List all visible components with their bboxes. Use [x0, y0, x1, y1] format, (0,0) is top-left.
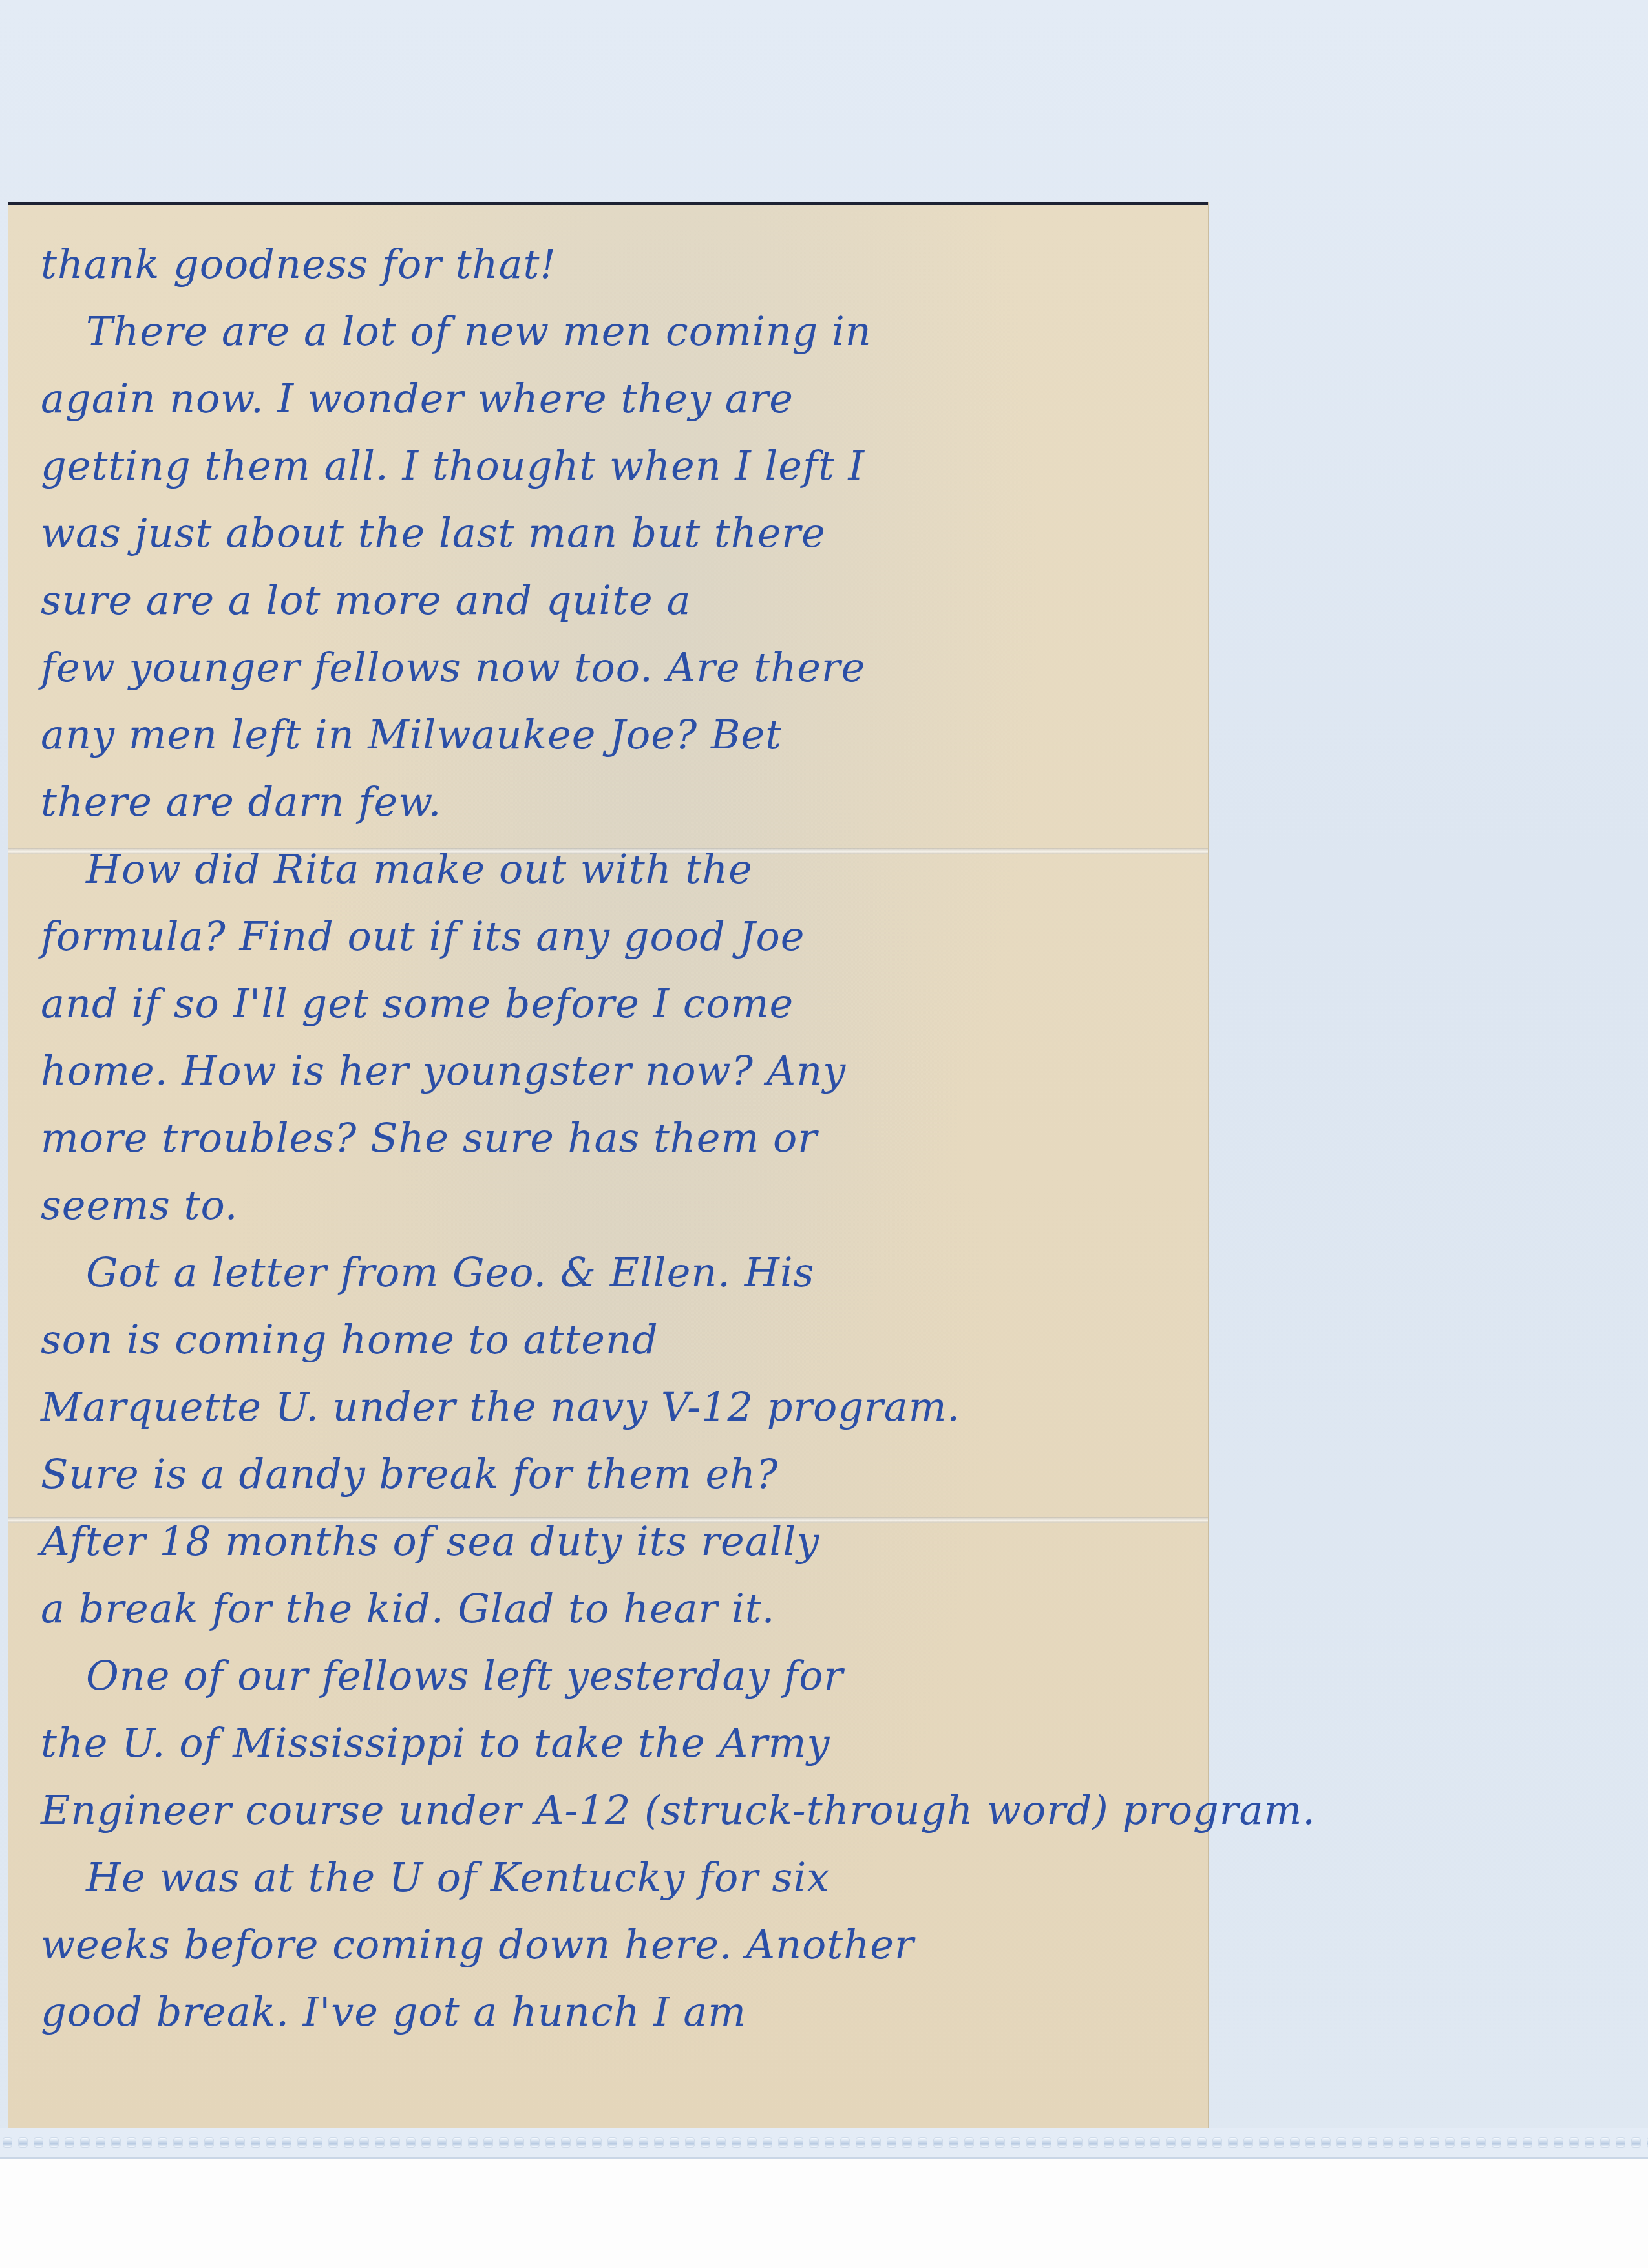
sleeve-perforation	[1181, 2137, 1191, 2148]
sleeve-perforation	[251, 2137, 260, 2148]
sleeve-perforation	[809, 2137, 819, 2148]
sleeve-perforation	[1430, 2137, 1439, 2148]
sleeve-perforation	[576, 2137, 586, 2148]
sleeve-perforation	[1631, 2137, 1641, 2148]
sleeve-perforation	[18, 2137, 28, 2148]
sleeve-perforation	[1119, 2137, 1129, 2148]
sleeve-perforation	[1290, 2137, 1300, 2148]
sleeve-perforation	[1554, 2137, 1563, 2148]
sleeve-perforation	[871, 2137, 881, 2148]
letter-line: thank goodness for that!	[41, 231, 1178, 298]
sleeve-perforation	[3, 2137, 12, 2148]
sleeve-perforation	[421, 2137, 431, 2148]
sleeve-perforation	[545, 2137, 555, 2148]
sleeve-perforation	[623, 2137, 633, 2148]
letter-line: was just about the last man but there	[41, 500, 1178, 567]
sleeve-perforation	[452, 2137, 462, 2148]
sleeve-perforation	[1600, 2137, 1610, 2148]
letter-line: Sure is a dandy break for them eh?	[41, 1441, 1178, 1508]
sleeve-perforation	[297, 2137, 307, 2148]
letter-line: more troubles? She sure has them or	[41, 1105, 1178, 1172]
letter-line: One of our fellows left yesterday for	[41, 1642, 1178, 1710]
letter-line: again now. I wonder where they are	[41, 365, 1178, 432]
sleeve-perforation	[483, 2137, 493, 2148]
sleeve-perforation	[142, 2137, 152, 2148]
letter-line: Got a letter from Geo. & Ellen. His	[41, 1239, 1178, 1306]
sleeve-perforation	[1135, 2137, 1145, 2148]
sleeve-perforation	[468, 2137, 478, 2148]
sleeve-perforation	[1585, 2137, 1594, 2148]
sleeve-perforation	[1104, 2137, 1114, 2148]
sleeve-perforation	[825, 2137, 834, 2148]
sleeve-perforation	[375, 2137, 385, 2148]
letter-line: formula? Find out if its any good Joe	[41, 903, 1178, 970]
sleeve-perforation	[111, 2137, 121, 2148]
letter-line: few younger fellows now too. Are there	[41, 634, 1178, 701]
sleeve-perforation	[1011, 2137, 1020, 2148]
sleeve-perforation	[1352, 2137, 1362, 2148]
sleeve-perforation	[1305, 2137, 1315, 2148]
sleeve-perforation	[530, 2137, 540, 2148]
sleeve-perforation	[406, 2137, 416, 2148]
sleeve-perforation	[204, 2137, 214, 2148]
letter-line: home. How is her youngster now? Any	[41, 1037, 1178, 1105]
letter-line: How did Rita make out with the	[41, 836, 1178, 903]
sleeve-perforation	[1197, 2137, 1207, 2148]
sleeve-perforation	[995, 2137, 1005, 2148]
sleeve-perforation	[499, 2137, 509, 2148]
sleeve-perforation	[1461, 2137, 1470, 2148]
sleeve-perforation	[980, 2137, 989, 2148]
sleeve-perforation	[763, 2137, 772, 2148]
sleeve-perforation	[964, 2137, 974, 2148]
letter-line: a break for the kid. Glad to hear it.	[41, 1575, 1178, 1642]
sleeve-perforation	[1088, 2137, 1098, 2148]
sleeve-perforation	[328, 2137, 338, 2148]
sleeve-perforation	[437, 2137, 447, 2148]
sleeve-perforation	[1336, 2137, 1346, 2148]
sleeve-perforation	[1523, 2137, 1532, 2148]
letter-line: After 18 months of sea duty its really	[41, 1508, 1178, 1575]
sleeve-perforation	[1321, 2137, 1331, 2148]
sleeve-perforation	[856, 2137, 865, 2148]
letter-line: There are a lot of new men coming in	[41, 298, 1178, 365]
sleeve-perforation	[670, 2137, 679, 2148]
sleeve-perforation	[34, 2137, 43, 2148]
letter-line: there are darn few.	[41, 768, 1178, 836]
scanner-bed-white	[0, 2159, 1648, 2268]
sleeve-perforation	[189, 2137, 198, 2148]
sleeve-perforated-edge	[0, 2128, 1648, 2159]
letter-line: the U. of Mississippi to take the Army	[41, 1710, 1178, 1777]
sleeve-perforation	[1042, 2137, 1051, 2148]
sleeve-perforation	[220, 2137, 229, 2148]
sleeve-perforation	[701, 2137, 710, 2148]
sleeve-perforation	[918, 2137, 927, 2148]
sleeve-perforation	[1414, 2137, 1424, 2148]
letter-line: He was at the U of Kentucky for six	[41, 1844, 1178, 1911]
sleeve-perforation	[654, 2137, 664, 2148]
sleeve-perforation	[716, 2137, 726, 2148]
sleeve-perforation	[1569, 2137, 1579, 2148]
sleeve-perforation	[902, 2137, 912, 2148]
letter-line: seems to.	[41, 1172, 1178, 1239]
sleeve-perforation	[1616, 2137, 1625, 2148]
sleeve-perforation	[1399, 2137, 1408, 2148]
sleeve-perforation	[1166, 2137, 1176, 2148]
letter-line: son is coming home to attend	[41, 1306, 1178, 1373]
sleeve-perforation	[1492, 2137, 1501, 2148]
sleeve-perforation	[592, 2137, 602, 2148]
sleeve-perforation	[840, 2137, 850, 2148]
letter-line: getting them all. I thought when I left …	[41, 432, 1178, 500]
sleeve-perforation	[158, 2137, 167, 2148]
sleeve-perforation	[1243, 2137, 1253, 2148]
sleeve-perforation	[794, 2137, 803, 2148]
sleeve-perforation	[80, 2137, 90, 2148]
sleeve-perforation	[933, 2137, 943, 2148]
letter-line: any men left in Milwaukee Joe? Bet	[41, 701, 1178, 768]
sleeve-perforation	[685, 2137, 695, 2148]
sleeve-perforation	[1026, 2137, 1036, 2148]
sleeve-perforation	[887, 2137, 896, 2148]
sleeve-perforation	[1150, 2137, 1160, 2148]
sleeve-perforation	[561, 2137, 571, 2148]
letter-page: thank goodness for that! There are a lot…	[8, 202, 1208, 2128]
sleeve-perforation	[96, 2137, 105, 2148]
sleeve-perforation	[49, 2137, 59, 2148]
sleeve-perforation	[173, 2137, 183, 2148]
sleeve-perforation	[639, 2137, 648, 2148]
letter-line: good break. I've got a hunch I am	[41, 1978, 1178, 2046]
sleeve-perforation	[1073, 2137, 1083, 2148]
sleeve-perforation	[266, 2137, 276, 2148]
sleeve-perforation	[359, 2137, 369, 2148]
sleeve-perforation	[514, 2137, 524, 2148]
letter-line: weeks before coming down here. Another	[41, 1911, 1178, 1978]
letter-line: sure are a lot more and quite a	[41, 567, 1178, 634]
sleeve-perforation	[65, 2137, 74, 2148]
sleeve-perforation	[778, 2137, 788, 2148]
sleeve-perforation	[282, 2137, 291, 2148]
letter-line: Engineer course under A-12 (struck-throu…	[41, 1777, 1178, 1844]
sleeve-perforation	[1368, 2137, 1377, 2148]
sleeve-perforation	[1212, 2137, 1222, 2148]
sleeve-perforation	[1445, 2137, 1455, 2148]
sleeve-perforation	[1228, 2137, 1238, 2148]
letter-body: thank goodness for that! There are a lot…	[41, 231, 1178, 2046]
letter-line: and if so I'll get some before I come	[41, 970, 1178, 1037]
sleeve-perforation	[1538, 2137, 1548, 2148]
sleeve-perforation	[344, 2137, 354, 2148]
sleeve-perforation	[1259, 2137, 1269, 2148]
letter-line: Marquette U. under the navy V-12 program…	[41, 1373, 1178, 1441]
sleeve-perforation	[1383, 2137, 1393, 2148]
sleeve-perforation	[313, 2137, 322, 2148]
sleeve-perforation	[1057, 2137, 1067, 2148]
sleeve-perforation	[1476, 2137, 1486, 2148]
sleeve-perforation	[949, 2137, 958, 2148]
sleeve-perforation	[607, 2137, 617, 2148]
sleeve-perforation	[235, 2137, 245, 2148]
sleeve-perforation	[1507, 2137, 1517, 2148]
sleeve-perforation	[747, 2137, 757, 2148]
sleeve-perforation	[390, 2137, 400, 2148]
sleeve-perforation	[127, 2137, 136, 2148]
sleeve-perforation	[1274, 2137, 1284, 2148]
sleeve-perforation	[732, 2137, 741, 2148]
